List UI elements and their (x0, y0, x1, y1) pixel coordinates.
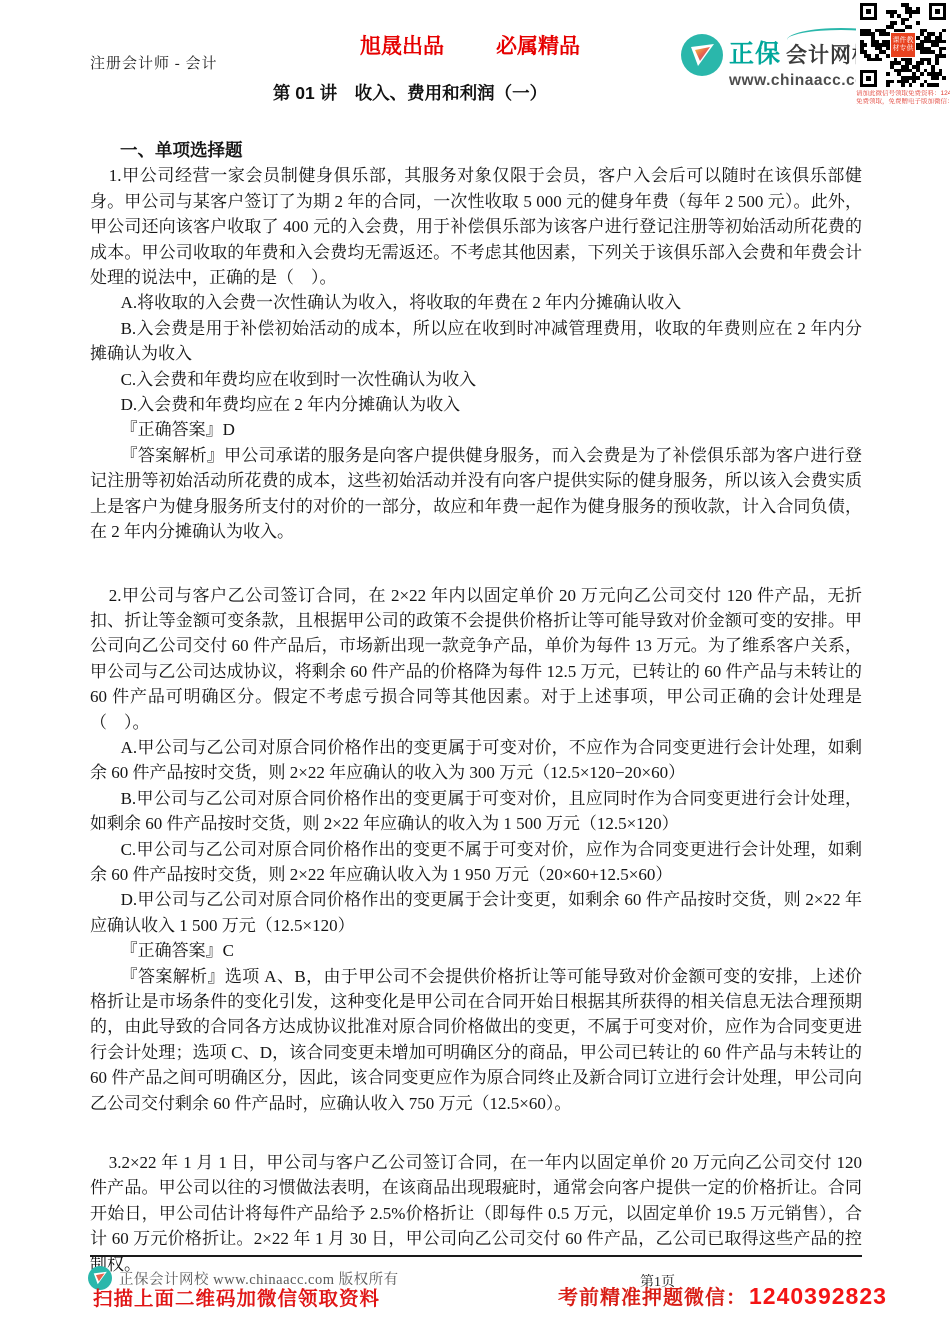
question-1-option-b: B.入会费是用于补偿初始活动的成本，所以应在收到时冲减管理费用，收取的年费则应在… (90, 316, 862, 367)
question-1-answer: 『正确答案』D (90, 417, 862, 442)
question-1-option-d: D.入会费和年费均应在 2 年内分摊确认为收入 (90, 392, 862, 417)
footer-divider (90, 1255, 862, 1257)
question-2-option-b: B.甲公司与乙公司对原合同价格作出的变更属于可变对价，且应同时作为合同变更进行会… (90, 786, 862, 837)
slogan-right: 必属精品 (496, 30, 580, 60)
qr-finder-icon (860, 70, 877, 87)
page-title: 第 01 讲 收入、费用和利润（一） (0, 80, 820, 105)
question-2: 2.甲公司与客户乙公司签订合同，在 2×22 年内以固定单价 20 万元向乙公司… (90, 583, 862, 1117)
section-heading: 一、单项选择题 (90, 138, 862, 163)
question-2-stem: 2.甲公司与客户乙公司签订合同，在 2×22 年内以固定单价 20 万元向乙公司… (90, 583, 862, 735)
qr-finder-icon (929, 3, 946, 20)
question-2-option-d: D.甲公司与乙公司对原合同价格作出的变更属于会计变更，如剩余 60 件产品按时交… (90, 887, 862, 938)
slogan-left: 旭晟出品 (360, 30, 444, 60)
qr-block: 课件教材专供 请加此微信号领取免费资料：1240392823 免费领取，免费赠电… (856, 0, 950, 106)
wechat-label: 考前精准押题微信： (558, 1281, 747, 1310)
qr-caption-1: 请加此微信号领取免费资料：1240392823 (856, 90, 950, 98)
header-slogan: 旭晟出品 必属精品 (360, 30, 580, 60)
question-1-option-a: A.将收取的入会费一次性确认为收入，将收取的年费在 2 年内分摊确认收入 (90, 290, 862, 315)
brand-logo-icon (681, 34, 723, 76)
brand-name-primary: 正保 (729, 34, 781, 70)
document-body: 一、单项选择题 1.甲公司经营一家会员制健身俱乐部，其服务对象仅限于会员，客户入… (90, 138, 862, 1277)
question-3: 3.2×22 年 1 月 1 日，甲公司与客户乙公司签订合同，在一年内以固定单价… (90, 1150, 862, 1277)
footer-scan-note: 扫描上面二维码加微信领取资料 (93, 1283, 380, 1311)
question-2-answer: 『正确答案』C (90, 938, 862, 963)
question-1: 1.甲公司经营一家会员制健身俱乐部，其服务对象仅限于会员，客户入会后可以随时在该… (90, 163, 862, 544)
qr-caption-2: 免费领取，免费赠电子版加微信：1240392823 (856, 98, 950, 106)
question-1-option-c: C.入会费和年费均应在收到时一次性确认为收入 (90, 367, 862, 392)
qr-code: 课件教材专供 (856, 0, 950, 90)
question-1-stem: 1.甲公司经营一家会员制健身俱乐部，其服务对象仅限于会员，客户入会后可以随时在该… (90, 163, 862, 290)
question-1-analysis: 『答案解析』甲公司承诺的服务是向客户提供健身服务，而入会费是为了补偿俱乐部为客户… (90, 443, 862, 545)
qr-center-badge: 课件教材专供 (890, 32, 916, 58)
question-2-analysis: 『答案解析』选项 A、B，由于甲公司不会提供价格折让等可能导致对价金额可变的安排… (90, 964, 862, 1116)
course-label: 注册会计师 - 会计 (90, 52, 218, 73)
footer-wechat: 考前精准押题微信： 1240392823 (558, 1281, 887, 1310)
question-2-option-c: C.甲公司与乙公司对原合同价格作出的变更不属于可变对价，应作为合同变更进行会计处… (90, 837, 862, 888)
question-3-stem: 3.2×22 年 1 月 1 日，甲公司与客户乙公司签订合同，在一年内以固定单价… (90, 1150, 862, 1277)
qr-finder-icon (860, 3, 877, 20)
wechat-number: 1240392823 (749, 1283, 887, 1310)
question-2-option-a: A.甲公司与乙公司对原合同价格作出的变更属于可变对价，不应作为合同变更进行会计处… (90, 735, 862, 786)
